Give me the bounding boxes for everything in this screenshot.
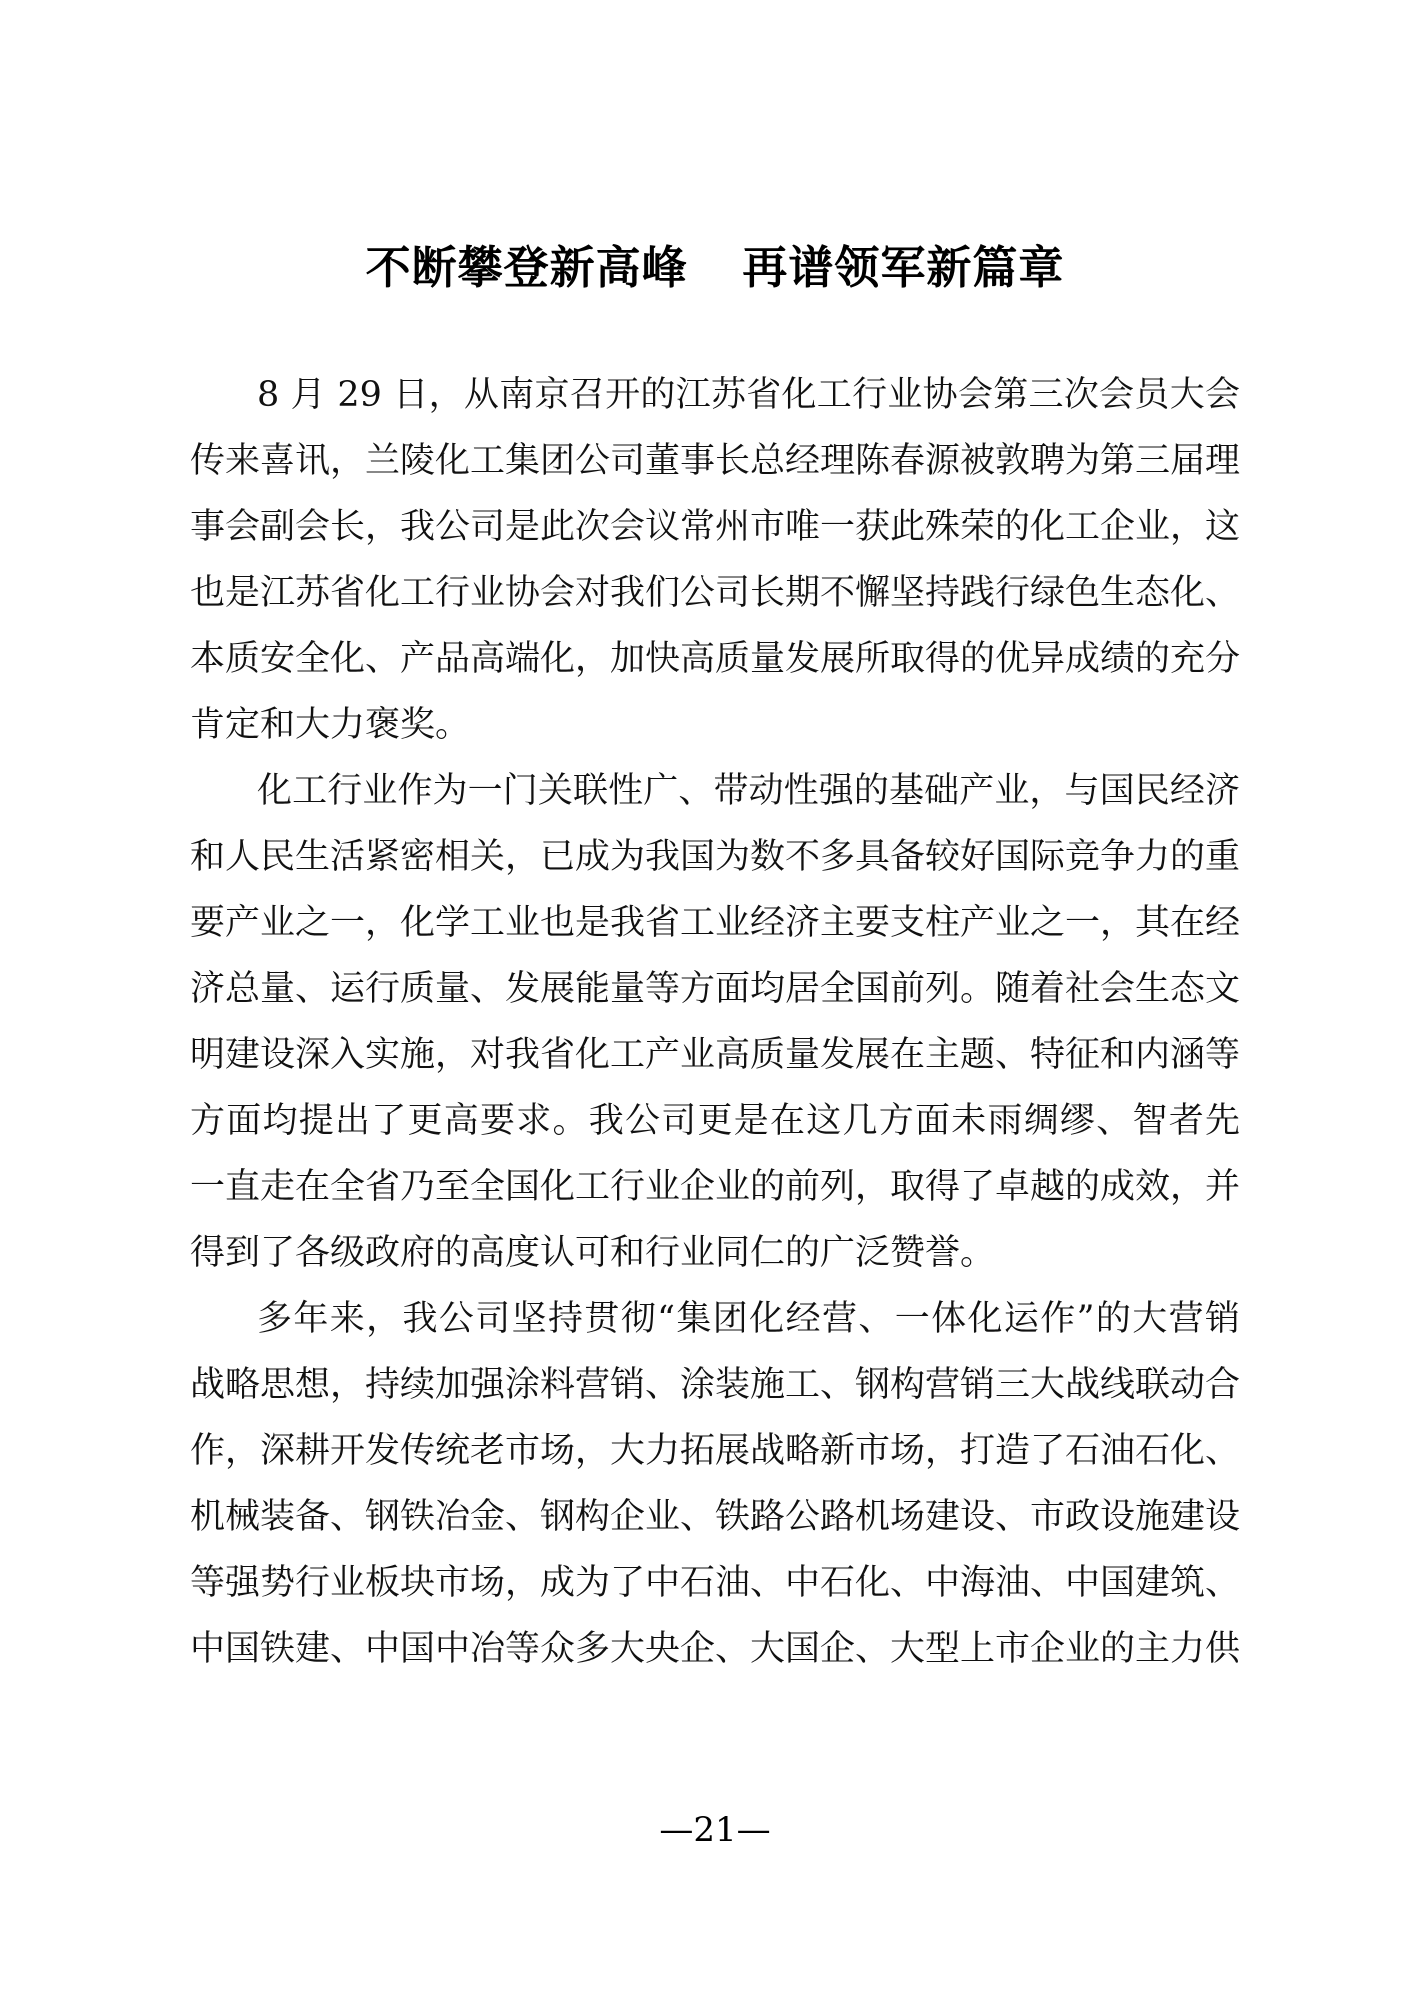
page-number: —21—	[190, 1810, 1240, 1850]
document-body: 8 月 29 日，从南京召开的江苏省化工行业协会第三次会员大会上 传来喜讯，兰陵…	[190, 362, 1240, 1682]
document-page: 不断攀登新高峰 再谱领军新篇章 8 月 29 日，从南京召开的江苏省化工行业协会…	[0, 0, 1415, 2000]
text-line: 等强势行业板块市场，成为了中石油、中石化、中海油、中国建筑、	[190, 1550, 1240, 1616]
paragraph: 化工行业作为一门关联性广、带动性强的基础产业，与国民经济 和人民生活紧密相关，已…	[190, 758, 1240, 1286]
text-line: 传来喜讯，兰陵化工集团公司董事长总经理陈春源被敦聘为第三届理	[190, 428, 1240, 494]
text-line: 明建设深入实施，对我省化工产业高质量发展在主题、特征和内涵等	[190, 1022, 1240, 1088]
text-line: 得到了各级政府的高度认可和行业同仁的广泛赞誉。	[190, 1220, 1240, 1286]
text-line: 机械装备、钢铁冶金、钢构企业、铁路公路机场建设、市政设施建设	[190, 1484, 1240, 1550]
text-line: 肯定和大力褒奖。	[190, 692, 1240, 758]
text-line: 济总量、运行质量、发展能量等方面均居全国前列。随着社会生态文	[190, 956, 1240, 1022]
document-title: 不断攀登新高峰 再谱领军新篇章	[190, 243, 1240, 293]
text-line: 事会副会长，我公司是此次会议常州市唯一获此殊荣的化工企业，这	[190, 494, 1240, 560]
text-line: 方面均提出了更高要求。我公司更是在这几方面未雨绸缪、智者先行，	[190, 1088, 1240, 1154]
text-line: 要产业之一，化学工业也是我省工业经济主要支柱产业之一，其在经	[190, 890, 1240, 956]
text-line: 中国铁建、中国中冶等众多大央企、大国企、大型上市企业的主力供	[190, 1616, 1240, 1682]
paragraph: 多年来，我公司坚持贯彻“集团化经营、一体化运作”的大营销 战略思想，持续加强涂料…	[190, 1286, 1240, 1682]
text-line: 多年来，我公司坚持贯彻“集团化经营、一体化运作”的大营销	[190, 1286, 1240, 1352]
text-line: 8 月 29 日，从南京召开的江苏省化工行业协会第三次会员大会上	[190, 362, 1240, 428]
text-line: 战略思想，持续加强涂料营销、涂装施工、钢构营销三大战线联动合	[190, 1352, 1240, 1418]
text-line: 也是江苏省化工行业协会对我们公司长期不懈坚持践行绿色生态化、	[190, 560, 1240, 626]
paragraph: 8 月 29 日，从南京召开的江苏省化工行业协会第三次会员大会上 传来喜讯，兰陵…	[190, 362, 1240, 758]
text-line: 一直走在全省乃至全国化工行业企业的前列，取得了卓越的成效，并	[190, 1154, 1240, 1220]
text-line: 本质安全化、产品高端化，加快高质量发展所取得的优异成绩的充分	[190, 626, 1240, 692]
text-line: 作，深耕开发传统老市场，大力拓展战略新市场，打造了石油石化、	[190, 1418, 1240, 1484]
text-line: 和人民生活紧密相关，已成为我国为数不多具备较好国际竞争力的重	[190, 824, 1240, 890]
text-line: 化工行业作为一门关联性广、带动性强的基础产业，与国民经济	[190, 758, 1240, 824]
